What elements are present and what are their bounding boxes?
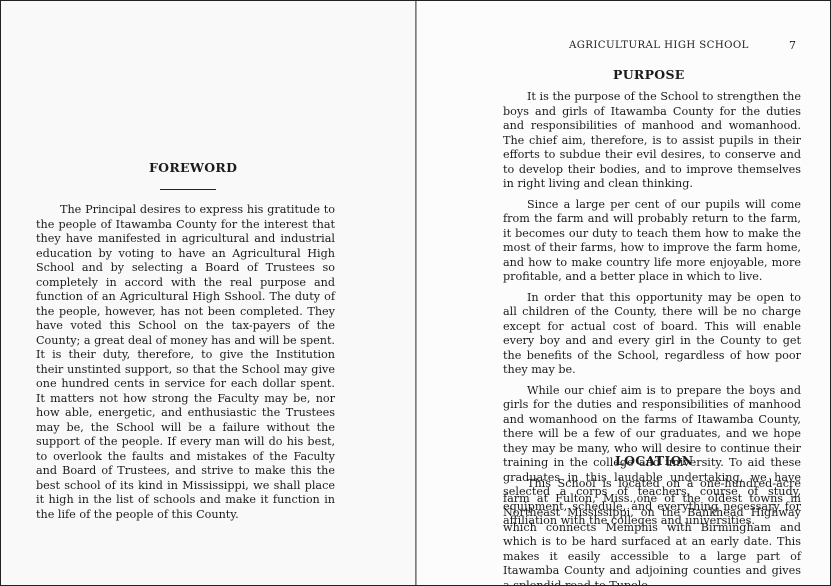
location-heading: LOCATION: [615, 453, 685, 468]
running-head: AGRICULTURAL HIGH SCHOOL: [569, 40, 749, 51]
right-page: AGRICULTURAL HIGH SCHOOL 7 PURPOSE It is…: [417, 1, 830, 585]
location-text: This School is located on a one-hundred-…: [503, 477, 801, 586]
foreword-text: The Principal desires to express his gra…: [36, 203, 335, 522]
page-number: 7: [789, 39, 796, 52]
book-spread: FOREWORD The Principal desires to expres…: [0, 0, 831, 586]
purpose-paragraph-1: It is the purpose of the School to stren…: [503, 90, 801, 192]
foreword-heading: FOREWORD: [149, 160, 229, 175]
purpose-paragraph-2: Since a large per cent of our pupils wil…: [503, 198, 801, 285]
location-paragraph: This School is located on a one-hundred-…: [503, 477, 801, 586]
purpose-paragraph-3: In order that this opportunity may be op…: [503, 291, 801, 378]
foreword-paragraph: The Principal desires to express his gra…: [36, 203, 335, 522]
heading-rule: [160, 189, 216, 190]
purpose-heading: PURPOSE: [613, 67, 683, 82]
left-page: FOREWORD The Principal desires to expres…: [1, 1, 415, 585]
